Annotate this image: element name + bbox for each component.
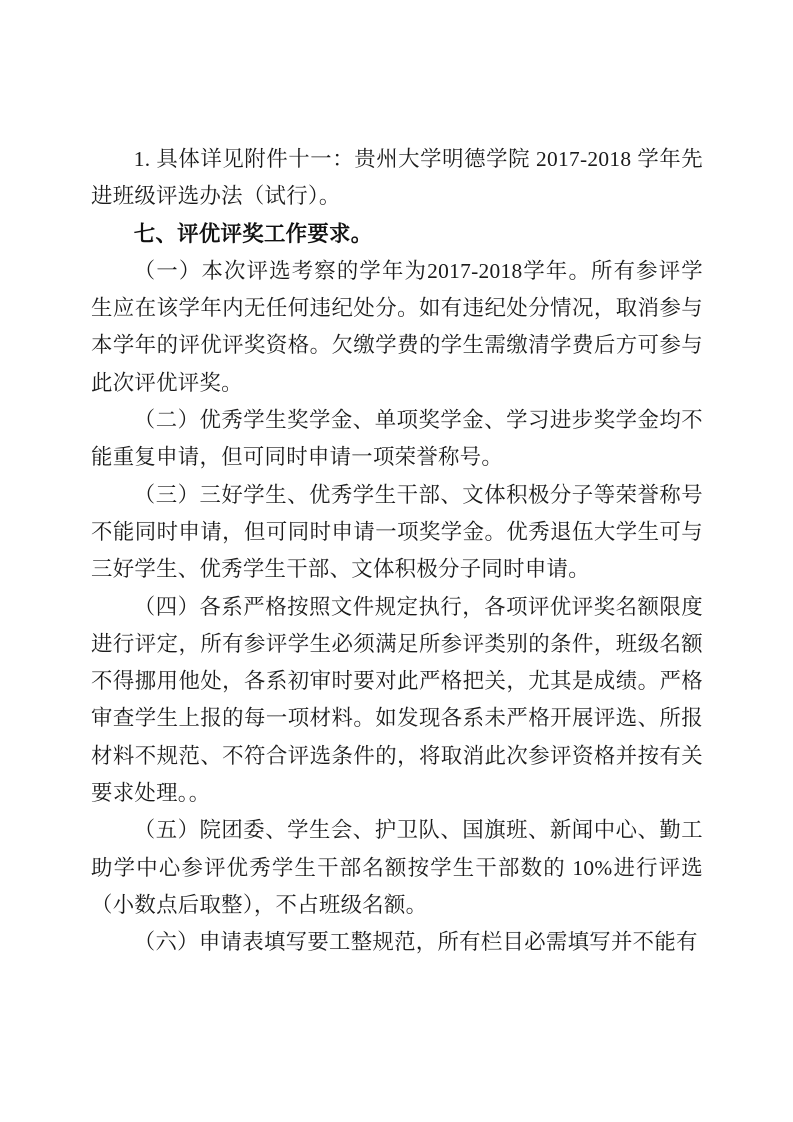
requirement-item-1: （一）本次评选考察的学年为2017-2018学年。所有参评学生应在该学年内无任何…: [91, 253, 703, 402]
requirement-item-5: （五）院团委、学生会、护卫队、国旗班、新闻中心、勤工助学中心参评优秀学生干部名额…: [91, 812, 703, 924]
requirement-item-6: （六）申请表填写要工整规范，所有栏目必需填写并不能有: [91, 924, 703, 961]
document-page: 1. 具体详见附件十一：贵州大学明德学院 2017-2018 学年先进班级评选办…: [0, 0, 793, 1122]
document-body: 1. 具体详见附件十一：贵州大学明德学院 2017-2018 学年先进班级评选办…: [91, 141, 703, 962]
requirement-item-2: （二）优秀学生奖学金、单项奖学金、学习进步奖学金均不能重复申请，但可同时申请一项…: [91, 402, 703, 477]
requirement-item-4: （四）各系严格按照文件规定执行，各项评优评奖名额限度进行评定，所有参评学生必须满…: [91, 589, 703, 813]
requirement-item-3: （三）三好学生、优秀学生干部、文体积极分子等荣誉称号不能同时申请，但可同时申请一…: [91, 477, 703, 589]
attachment-note-paragraph: 1. 具体详见附件十一：贵州大学明德学院 2017-2018 学年先进班级评选办…: [91, 141, 703, 216]
section-heading: 七、评优评奖工作要求。: [91, 216, 703, 253]
